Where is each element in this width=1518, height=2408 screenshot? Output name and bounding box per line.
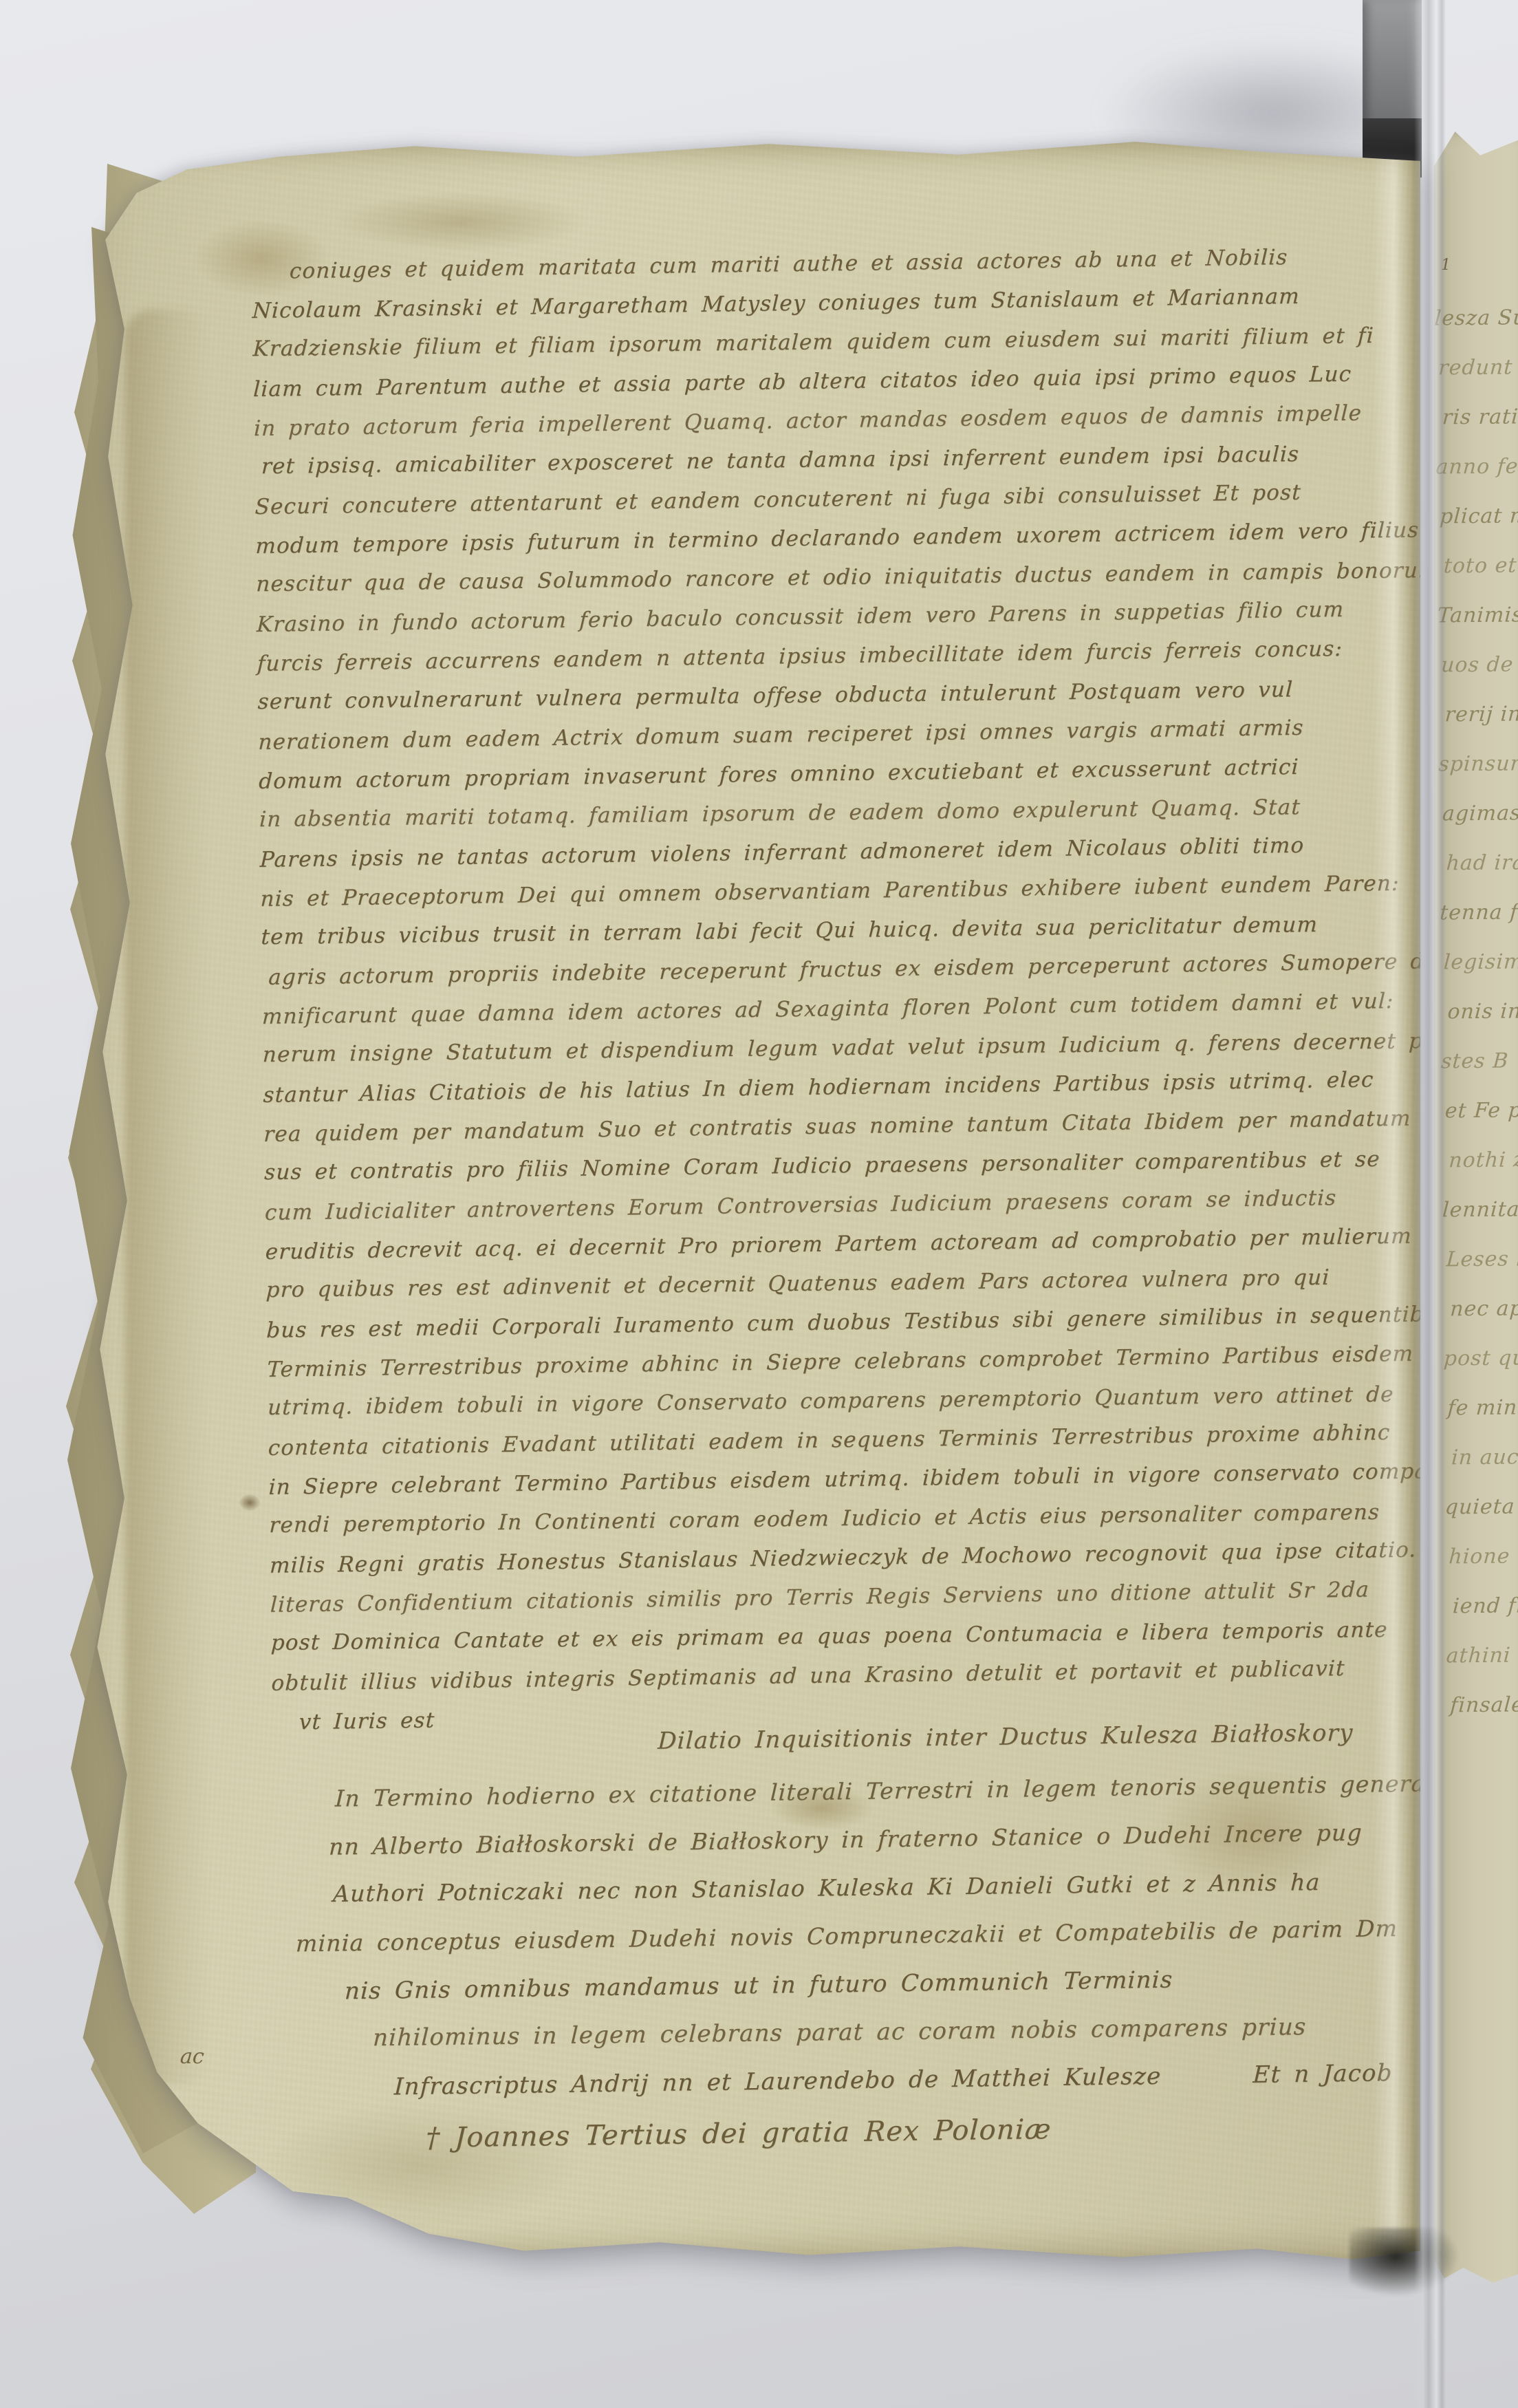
facing-page-fragment: onis in	[1446, 999, 1518, 1024]
facing-page-fragment: lennitas	[1442, 1197, 1518, 1222]
facing-page-fragment: plicat mo	[1439, 504, 1518, 528]
facing-page-fragment: rerij in h	[1444, 702, 1518, 727]
photographed-archive-spread: 1 lesza Supredunt etris rationeanno fest…	[0, 0, 1518, 2408]
facing-page-fragment: nothi zah	[1448, 1148, 1518, 1172]
manuscript-page-wrap: coniuges et quidem maritata cum mariti a…	[62, 138, 1420, 2264]
facing-page-fragment: fe mine	[1447, 1395, 1518, 1420]
facing-page-sliver: 1 lesza Supredunt etris rationeanno fest…	[1434, 127, 1518, 2283]
facing-page-fragment: uos de h	[1440, 652, 1518, 677]
glass-edge	[1414, 0, 1446, 2408]
facing-page-fragment: stes B	[1440, 1049, 1509, 1074]
facing-page-fragment: finsale	[1449, 1692, 1518, 1717]
facing-page-fragment: spinsuri	[1438, 751, 1518, 776]
facing-page-fragment: agimas	[1442, 801, 1518, 826]
facing-page-fragment: quieta	[1444, 1495, 1516, 1520]
facing-page-fragment: nec ap	[1449, 1296, 1518, 1321]
facing-page-fragment: post qu	[1443, 1346, 1518, 1370]
facing-page-fragment: et Fe pu	[1444, 1098, 1518, 1123]
facing-page-fragment: had iram	[1446, 850, 1518, 875]
facing-page-fragment: redunt et	[1438, 355, 1518, 380]
facing-page-fragment: iend fi	[1452, 1593, 1518, 1618]
facing-page-fragment: Leses h	[1446, 1247, 1518, 1271]
facing-page-fragment: legisime	[1443, 949, 1518, 974]
facing-page-fragment: tenna fu	[1439, 900, 1518, 925]
facing-page-fragment: hione h	[1448, 1544, 1518, 1569]
facing-page-fragment: athini	[1446, 1644, 1512, 1668]
facing-page-fragment: ris ratione	[1442, 405, 1518, 429]
facing-page-fragment: in aucto	[1451, 1445, 1518, 1470]
facing-page-fragment: toto etmi	[1443, 553, 1518, 578]
paper-shading	[62, 138, 1420, 2264]
facing-page-fragment: anno festi	[1435, 454, 1518, 479]
facing-page-fragment: lesza Sup	[1434, 305, 1518, 330]
manuscript-page: coniuges et quidem maritata cum mariti a…	[62, 138, 1420, 2264]
facing-page-fragment: Tanimis	[1436, 603, 1518, 627]
